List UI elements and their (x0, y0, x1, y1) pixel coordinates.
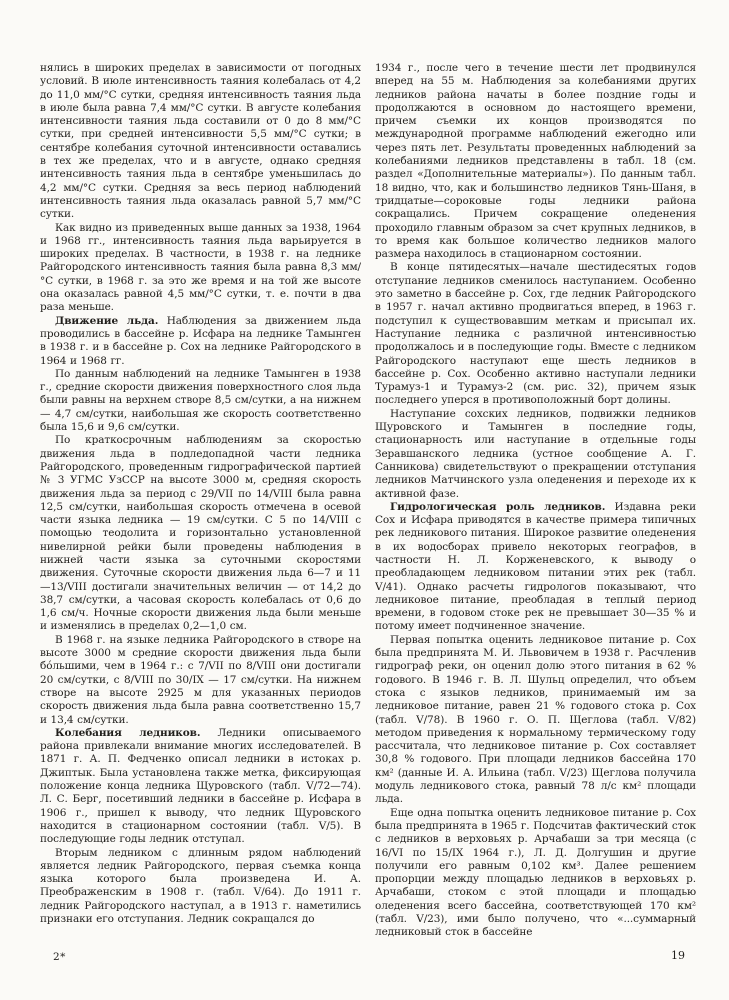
paragraph: Первая попытка оценить ледниковое питани… (375, 634, 696, 807)
paragraph: В конце пятидесятых—начале шестидесятых … (375, 261, 696, 407)
paragraph: нялись в широких пределах в зависимости … (40, 62, 361, 222)
paragraph: Наступание сохских ледников, подвижки ле… (375, 408, 696, 501)
paragraph-text: Еще одна попытка оценить ледниковое пита… (375, 807, 696, 939)
paragraph: В 1968 г. на языке ледника Райгородского… (40, 634, 361, 727)
page-number: 19 (671, 949, 685, 962)
paragraph: По краткосрочным наблюдениям за скорость… (40, 434, 361, 633)
paragraph: По данным наблюдений на леднике Тамынген… (40, 368, 361, 434)
text-columns: нялись в широких пределах в зависимости … (40, 62, 696, 950)
paragraph-lead: Колебания ледников. (55, 727, 200, 739)
paragraph: Как видно из приведенных выше данных за … (40, 222, 361, 315)
paragraph-text: нялись в широких пределах в зависимости … (40, 62, 361, 220)
paragraph: Движение льда. Наблюдения за движением л… (40, 315, 361, 368)
paragraph-text: Наступание сохских ледников, подвижки ле… (375, 408, 696, 500)
paragraph-text: Вторым ледником с длинным рядом наблюден… (40, 847, 361, 925)
paragraph-text: Ледники описываемого района привлекали в… (40, 727, 361, 845)
paragraph-lead: Гидрологическая роль ледников. (390, 501, 605, 513)
paragraph: Гидрологическая роль ледников. Издавна р… (375, 501, 696, 634)
left-column: нялись в широких пределах в зависимости … (40, 62, 361, 950)
paragraph-text: По данным наблюдений на леднике Тамынген… (40, 368, 361, 433)
paragraph: Колебания ледников. Ледники описываемого… (40, 727, 361, 847)
book-page: нялись в широких пределах в зависимости … (0, 0, 729, 1000)
paragraph-text: По краткосрочным наблюдениям за скорость… (40, 434, 361, 632)
paragraph-text: Как видно из приведенных выше данных за … (40, 222, 361, 314)
paragraph-text: Издавна реки Сох и Исфара приводятся в к… (375, 501, 696, 633)
paragraph: 1934 г., после чего в течение шести лет … (375, 62, 696, 261)
paragraph-text: В конце пятидесятых—начале шестидесятых … (375, 261, 696, 406)
paragraph: Еще одна попытка оценить ледниковое пита… (375, 807, 696, 940)
right-column: 1934 г., после чего в течение шести лет … (375, 62, 696, 950)
paragraph: Вторым ледником с длинным рядом наблюден… (40, 847, 361, 927)
signature-mark: 2* (53, 951, 66, 963)
paragraph-lead: Движение льда. (55, 315, 158, 327)
paragraph-text: Первая попытка оценить ледниковое питани… (375, 634, 696, 806)
paragraph-text: В 1968 г. на языке ледника Райгородского… (40, 634, 361, 726)
paragraph-text: 1934 г., после чего в течение шести лет … (375, 62, 696, 260)
